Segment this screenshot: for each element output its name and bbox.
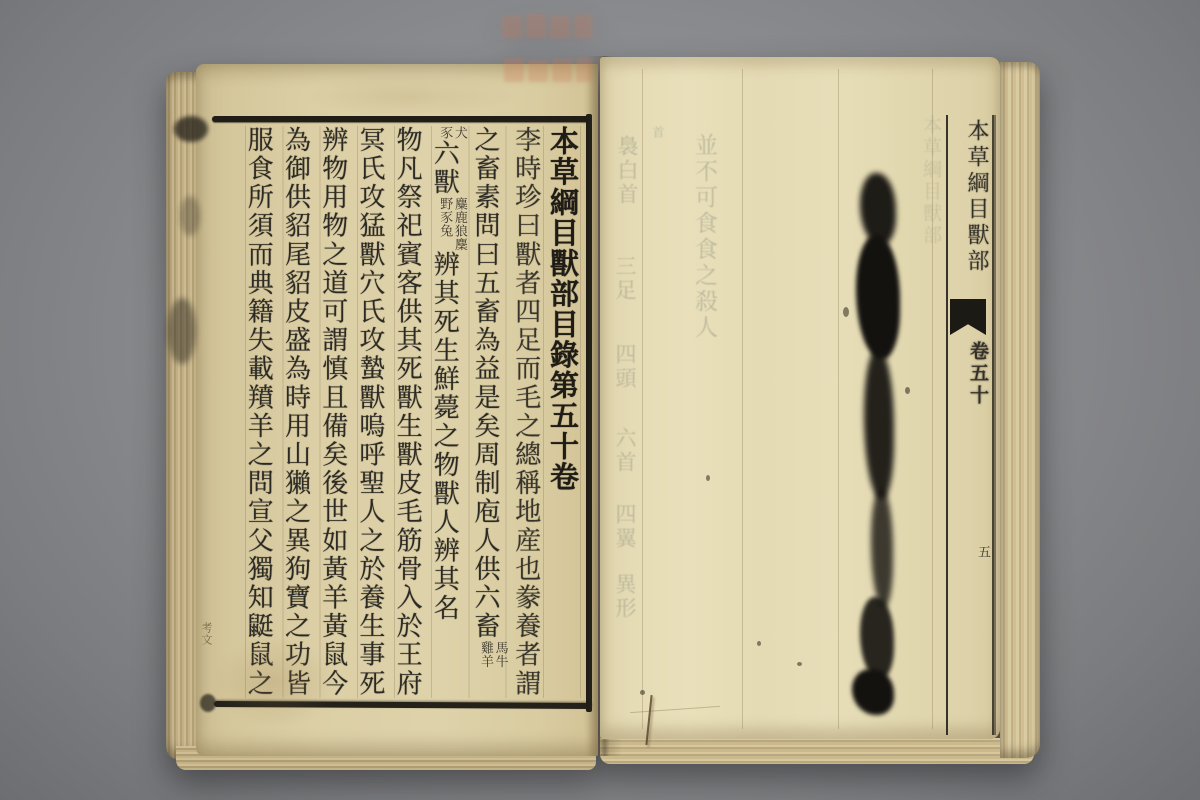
ink-smudge (168, 298, 196, 364)
book: 本草綱目獸部目錄第五十卷李時珍曰獸者四足而毛之總稱地産也豢養者謂之畜素問曰五畜為… (0, 0, 1200, 800)
seal-mark (528, 60, 548, 82)
banxin-page-number: 五 (948, 545, 992, 558)
border-rule-top (212, 116, 590, 122)
small-annotation: 麋鹿狼麇野豕兔 (437, 197, 466, 251)
margin-note: 考文 (198, 622, 214, 646)
bleedthrough-text: 本草綱目獸部 (918, 115, 945, 247)
text-column: 服食所須而典籍失載羵羊之問宣父獨知鼮鼠之 (239, 126, 276, 698)
seal-mark (502, 16, 522, 38)
border-rule-bottom (214, 701, 592, 709)
text-column: 冥氏攻猛獸穴氏攻蟄獸嗚呼聖人之於養生事死 (351, 126, 388, 698)
text-column: 之畜素問曰五畜為益是矣周制庖人供六畜馬牛雞羊 (466, 126, 507, 698)
seal-mark (574, 15, 592, 38)
seal-mark (526, 14, 546, 38)
text-column: 犬豕六獸麋鹿狼麇野豕兔辨其死生鮮薨之物獸人辨其名 (425, 126, 466, 698)
photo-backdrop: 本草綱目獸部目錄第五十卷李時珍曰獸者四足而毛之總稱地産也豢養者謂之畜素問曰五畜為… (0, 0, 1200, 800)
text-column: 辨物用物之道可謂慎且備矣後世如黃羊黃鼠今 (313, 126, 350, 698)
bleedthrough-text: 四頭 (610, 343, 640, 391)
ink-smudge (200, 694, 216, 712)
banxin-edge-line (994, 115, 996, 735)
spine-column: 本草綱目獸部 卷五十 五 (946, 115, 994, 735)
text-column: 為御供貂尾貂皮盛為時用山獺之異狗寶之功皆 (276, 126, 313, 698)
bleedthrough-text: 四翼 (610, 503, 640, 551)
small-annotation: 犬豕 (437, 126, 466, 140)
bleedthrough-text: 三足 (610, 255, 640, 303)
ink-smudge (180, 196, 200, 236)
fishtail-mark (950, 299, 986, 335)
page-edges-bottom-right (600, 738, 1034, 764)
text-column: 李時珍曰獸者四足而毛之總稱地産也豢養者謂 (507, 126, 544, 698)
seal-mark (576, 58, 592, 82)
seal-mark (504, 58, 524, 82)
bleedthrough-text: 六首 (610, 427, 640, 475)
small-annotation: 馬牛雞羊 (478, 641, 507, 668)
bleedthrough-text: 裊白首 (612, 135, 642, 207)
left-page: 本草綱目獸部目錄第五十卷李時珍曰獸者四足而毛之總稱地産也豢養者謂之畜素問曰五畜為… (196, 64, 598, 756)
red-seal-stamp (498, 10, 598, 88)
banxin-volume: 卷五十 (948, 341, 992, 407)
title-column: 本草綱目獸部目錄第五十卷 (544, 126, 581, 698)
bleedthrough-text: 異形 (610, 573, 640, 621)
bleedthrough-layer: 並不可食食之殺人首裊白首三足四頭六首四翼異形本草綱目獸部 (600, 57, 1000, 739)
text-column: 物凡祭祀賓客供其死獸生獸皮毛筋骨入於王府 (388, 126, 425, 698)
ink-smudge (174, 116, 208, 142)
page-edges-right (1000, 62, 1040, 758)
bleedthrough-text: 並不可食食之殺人 (688, 133, 721, 341)
seal-mark (552, 59, 572, 82)
text-block: 本草綱目獸部目錄第五十卷李時珍曰獸者四足而毛之總稱地産也豢養者謂之畜素問曰五畜為… (214, 116, 588, 708)
text-columns: 本草綱目獸部目錄第五十卷李時珍曰獸者四足而毛之總稱地産也豢養者謂之畜素問曰五畜為… (218, 126, 581, 698)
seal-mark (550, 16, 570, 38)
bleedthrough-text: 首 (650, 126, 667, 141)
banxin-title: 本草綱目獸部 (948, 119, 992, 275)
right-page: 並不可食食之殺人首裊白首三足四頭六首四翼異形本草綱目獸部 本草綱目獸部 卷五十 (600, 57, 1000, 739)
